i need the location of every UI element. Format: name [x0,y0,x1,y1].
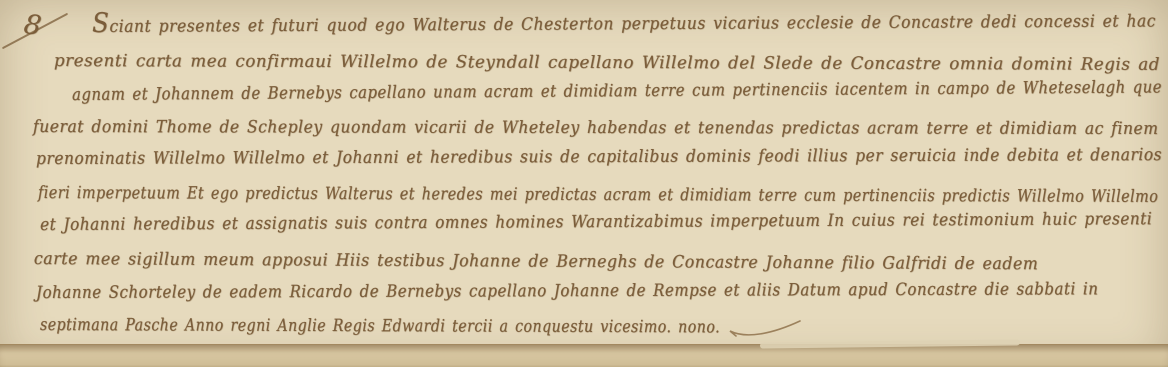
manuscript-line: fuerat domini Thome de Schepley quondam … [33,116,1159,140]
end-flourish [726,318,804,342]
manuscript-line: Sciant presentes et futuri quod ego Walt… [92,8,1156,38]
manuscript-line: fieri imperpetuum Et ego predictus Walte… [38,182,1158,208]
manuscript-line: presenti carta mea confirmaui Willelmo d… [54,50,1160,76]
parchment-fold-edge [0,344,1168,367]
manuscript-line: et Johanni heredibus et assignatis suis … [40,208,1152,236]
manuscript-line: agnam et Johannem de Bernebys capellano … [72,76,1162,106]
manuscript-line: Johanne Schorteley de eadem Ricardo de B… [36,278,1098,304]
manuscript-line: prenominatis Willelmo Willelmo et Johann… [36,144,1162,170]
manuscript-line: septimana Pasche Anno regni Anglie Regis… [40,314,720,338]
parchment-charter: 8 Sciant presentes et futuri quod ego Wa… [0,0,1168,367]
manuscript-line: carte mee sigillum meum apposui Hiis tes… [34,248,1039,275]
